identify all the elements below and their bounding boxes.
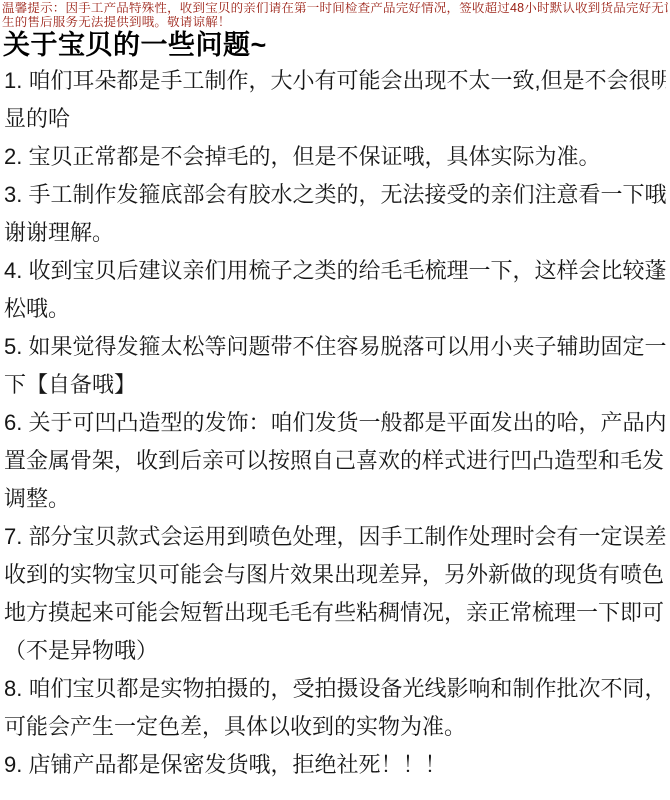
item-6-line-1: 6. 关于可凹凸造型的发饰：咱们发货一般都是平面发出的哈，产品内 — [4, 404, 666, 442]
item-7-line-4: （不是异物哦） — [4, 632, 666, 670]
item-7-line-1: 7. 部分宝贝款式会运用到喷色处理，因手工制作处理时会有一定误差， — [4, 518, 666, 556]
item-3-line-2: 谢谢理解。 — [4, 214, 666, 252]
item-3-line-1: 3. 手工制作发箍底部会有胶水之类的，无法接受的亲们注意看一下哦， — [4, 176, 666, 214]
item-1-line-1: 1. 咱们耳朵都是手工制作，大小有可能会出现不太一致,但是不会很明 — [4, 62, 666, 100]
item-7-line-3: 地方摸起来可能会短暂出现毛毛有些粘稠情况，亲正常梳理一下即可 — [4, 594, 666, 632]
item-5-line-2: 下【自备哦】 — [4, 366, 666, 404]
item-8-line-2: 可能会产生一定色差，具体以收到的实物为准。 — [4, 708, 666, 746]
item-4-line-2: 松哦。 — [4, 290, 666, 328]
page-title: 关于宝贝的一些问题~ — [0, 29, 670, 62]
item-2-line-1: 2. 宝贝正常都是不会掉毛的，但是不保证哦，具体实际为准。 — [4, 138, 666, 176]
warm-reminder-notice: 温馨提示：因手工产品特殊性，收到宝贝的亲们请在第一时间检查产品完好情况，签收超过… — [0, 0, 670, 29]
item-8-line-1: 8. 咱们宝贝都是实物拍摄的，受拍摄设备光线影响和制作批次不同， — [4, 670, 666, 708]
item-4-line-1: 4. 收到宝贝后建议亲们用梳子之类的给毛毛梳理一下，这样会比较蓬 — [4, 252, 666, 290]
item-5-line-1: 5. 如果觉得发箍太松等问题带不住容易脱落可以用小夹子辅助固定一 — [4, 328, 666, 366]
item-6-line-2: 置金属骨架，收到后亲可以按照自己喜欢的样式进行凹凸造型和毛发 — [4, 442, 666, 480]
warm-reminder-line-1: 温馨提示：因手工产品特殊性，收到宝贝的亲们请在第一时间检查产品完好情况，签收超过… — [2, 2, 668, 16]
notice-item-list: 1. 咱们耳朵都是手工制作，大小有可能会出现不太一致,但是不会很明 显的哈 2.… — [0, 62, 670, 784]
product-notice-page: 温馨提示：因手工产品特殊性，收到宝贝的亲们请在第一时间检查产品完好情况，签收超过… — [0, 0, 670, 800]
item-9-line-1: 9. 店铺产品都是保密发货哦，拒绝社死！！！ — [4, 746, 666, 784]
item-1-line-2: 显的哈 — [4, 100, 666, 138]
item-6-line-3: 调整。 — [4, 480, 666, 518]
warm-reminder-line-2: 生的售后服务无法提供到哦。敬请谅解！ — [2, 16, 668, 30]
item-7-line-2: 收到的实物宝贝可能会与图片效果出现差异，另外新做的现货有喷色 — [4, 556, 666, 594]
